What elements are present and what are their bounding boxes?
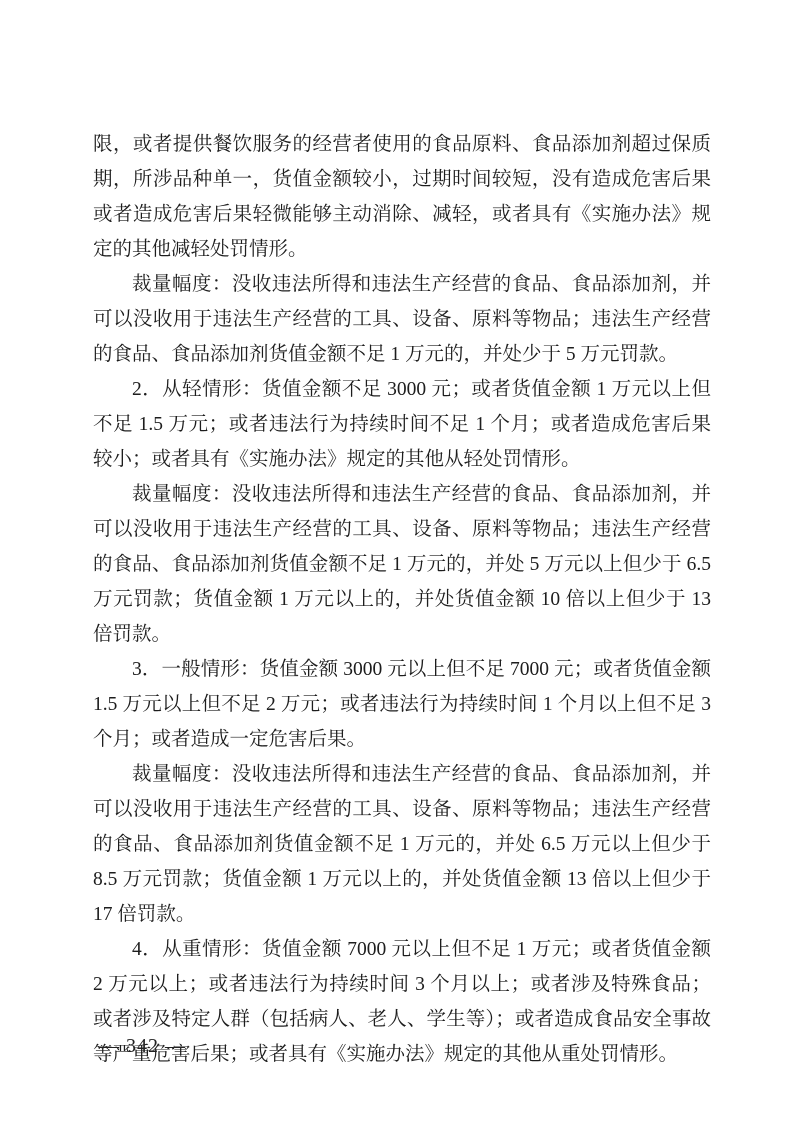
document-page: 限，或者提供餐饮服务的经营者使用的食品原料、食品添加剂超过保质期，所涉品种单一，… bbox=[0, 0, 793, 1122]
page-number: — 342 — bbox=[99, 1033, 186, 1059]
body-text-block: 限，或者提供餐饮服务的经营者使用的食品原料、食品添加剂超过保质期，所涉品种单一，… bbox=[93, 127, 711, 1072]
paragraph-item-2-lenient: 2．从轻情形：货值金额不足 3000 元；或者货值金额 1 万元以上但不足 1.… bbox=[93, 372, 711, 477]
paragraph-item-3-general: 3．一般情形：货值金额 3000 元以上但不足 7000 元；或者货值金额 1.… bbox=[93, 652, 711, 757]
paragraph-continuation: 限，或者提供餐饮服务的经营者使用的食品原料、食品添加剂超过保质期，所涉品种单一，… bbox=[93, 127, 711, 267]
paragraph-discretion-range-3: 裁量幅度：没收违法所得和违法生产经营的食品、食品添加剂，并可以没收用于违法生产经… bbox=[93, 757, 711, 932]
paragraph-discretion-range-1: 裁量幅度：没收违法所得和违法生产经营的食品、食品添加剂，并可以没收用于违法生产经… bbox=[93, 267, 711, 372]
paragraph-discretion-range-2: 裁量幅度：没收违法所得和违法生产经营的食品、食品添加剂，并可以没收用于违法生产经… bbox=[93, 477, 711, 652]
